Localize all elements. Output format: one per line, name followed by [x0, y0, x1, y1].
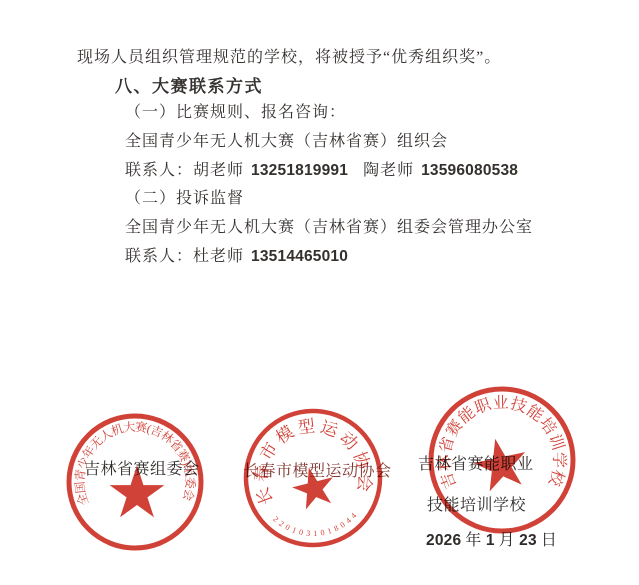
subsection-2-title: （二）投诉监督	[125, 185, 244, 208]
contact-line-1: 联系人：胡老师13251819991陶老师13596080538	[125, 157, 518, 180]
date-month: 1	[486, 532, 495, 549]
contact-phone-1: 13251819991	[251, 162, 348, 179]
signature-org-middle: 长春市模型运动协会	[243, 458, 392, 481]
subsection-1-org: 全国青少年无人机大赛（吉林省赛）组织会	[125, 128, 448, 151]
stamp-seal-left: 全国青少年无人机大赛(吉林省赛)组委会	[60, 407, 210, 557]
signature-org-right-line1: 吉林省赛能职业	[418, 451, 534, 474]
contact-label: 联系人：	[125, 162, 193, 179]
contact-phone-3: 13514465010	[251, 248, 348, 265]
contact-name-2: 陶老师	[363, 162, 414, 179]
date-day-label: 日	[541, 532, 558, 549]
contact-name-1: 胡老师	[193, 162, 244, 179]
signature-org-left: 吉林省赛组委会	[84, 456, 200, 479]
subsection-2-org: 全国青少年无人机大赛（吉林省赛）组委会管理办公室	[125, 214, 533, 237]
date-year-label: 年	[465, 532, 482, 549]
contact-label: 联系人：	[125, 248, 193, 265]
subsection-1-title: （一）比赛规则、报名咨询：	[125, 99, 346, 122]
date-day: 23	[519, 532, 537, 549]
date-year: 2026	[426, 532, 461, 549]
signature-date: 2026年1月23日	[426, 527, 561, 550]
date-month-label: 月	[499, 532, 516, 549]
document-page: 现场人员组织管理规范的学校，将被授予“优秀组织奖”。 八、大赛联系方式 （一）比…	[0, 0, 639, 585]
contact-name-3: 杜老师	[193, 248, 244, 265]
section-heading: 八、大赛联系方式	[115, 72, 263, 97]
signature-org-right-line2: 技能培训学校	[427, 492, 526, 515]
contact-line-2: 联系人：杜老师13514465010	[125, 243, 348, 266]
paragraph-award: 现场人员组织管理规范的学校，将被授予“优秀组织奖”。	[77, 44, 501, 67]
contact-phone-2: 13596080538	[421, 162, 518, 179]
